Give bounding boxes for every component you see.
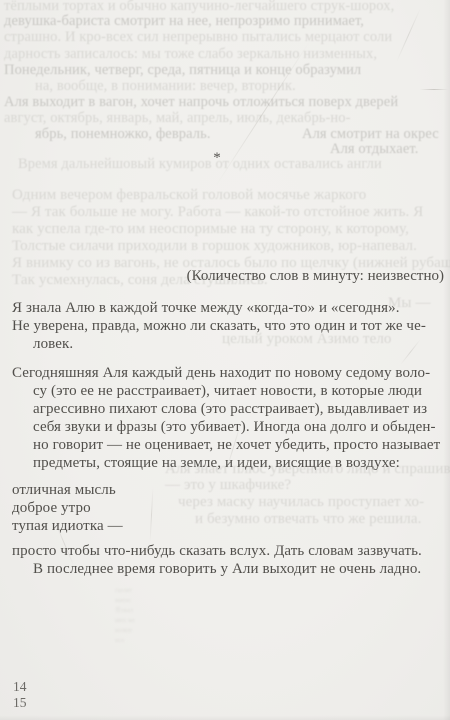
body-line: предметы, стоящие на земле, и идеи, вися… xyxy=(12,454,445,472)
paper-crease xyxy=(396,8,421,61)
body-line: себя звуки и фразы (это убивает). Иногда… xyxy=(12,418,445,436)
showthrough-line: страшно. И кро-всех сил непрерывно пытал… xyxy=(4,29,392,45)
page-edge-shadow-right xyxy=(443,0,450,720)
body-line: Сегодняшняя Аля каждый день находит по н… xyxy=(12,364,445,382)
showthrough-line: Аля смотрит на окрес xyxy=(302,126,439,142)
book-page-photo: тёплыми тортах и обычно капучино-легчайш… xyxy=(0,0,450,720)
showthrough-line: — Я так больше не могу. Работа — какой-т… xyxy=(12,204,423,220)
body-line: Я знала Алю в каждой точке между «когда-… xyxy=(12,299,445,317)
body-line: но говорит — не оценивает, не хочет убед… xyxy=(12,436,445,454)
body-line: просто чтобы что-нибудь сказать вслух. Д… xyxy=(12,542,445,560)
showthrough-line: Понедельник, четверг, среда, пятница и к… xyxy=(4,62,361,78)
word-list-line: отличная мысль xyxy=(12,481,445,499)
paragraph-1: Я знала Алю в каждой точке между «когда-… xyxy=(12,299,445,353)
showthrough-line: тёплыми тортах и обычно капучино-легчайш… xyxy=(4,0,394,14)
word-list: отличная мысль доброе утро тупая идиотка… xyxy=(12,481,445,535)
showthrough-line: Аля выходит в вагон, хочет напрочь отлож… xyxy=(4,94,398,110)
showthrough-line: как успела где-то им неоспоримые на ту с… xyxy=(12,221,409,237)
showthrough-line: на, вообще, в понимании: вечер, вторник. xyxy=(35,78,296,94)
body-line: агрессивно пихают слова (это расстраивае… xyxy=(12,400,445,418)
showthrough-line: Толстые силачи приходили в горшок художн… xyxy=(12,238,417,254)
page-number-14: 14 xyxy=(13,679,27,695)
body-line: ловек. xyxy=(12,335,445,353)
paragraph-3: просто чтобы что-нибудь сказать вслух. Д… xyxy=(12,542,445,578)
body-line: Не уверена, правда, можно ли сказать, чт… xyxy=(12,317,445,335)
showthrough-vertical-note: гколвтмиенс骨окал нвтс меиолкteнсо xyxy=(115,586,135,668)
showthrough-line: девушка-бариста смотрит на нее, непрозри… xyxy=(4,13,364,29)
section-separator-asterisk: * xyxy=(0,150,434,166)
showthrough-line: ябрь, понемножко, февраль. xyxy=(35,126,211,142)
page-numbers: 14 15 xyxy=(13,679,27,711)
showthrough-line: август, октябрь, январь, май, апрель, ию… xyxy=(4,110,351,126)
word-list-line: доброе утро xyxy=(12,499,445,517)
showthrough-line: дарность записалось: мы тоже слабо зерка… xyxy=(4,46,377,62)
page-edge-shadow-bottom xyxy=(0,715,450,720)
words-per-minute-note: (Количество слов в минуту: неизвестно) xyxy=(12,267,444,285)
showthrough-layer: тёплыми тортах и обычно капучино-легчайш… xyxy=(0,0,450,720)
body-line: су (это ее не расстраивает), читает ново… xyxy=(12,382,445,400)
showthrough-line: Одним вечером февральской головой мосячь… xyxy=(12,187,366,203)
word-list-line: тупая идиотка — xyxy=(12,517,445,535)
page-number-15: 15 xyxy=(13,695,27,711)
body-line: В последнее время говорить у Али выходит… xyxy=(12,560,445,578)
paragraph-2: Сегодняшняя Аля каждый день находит по н… xyxy=(12,364,445,472)
